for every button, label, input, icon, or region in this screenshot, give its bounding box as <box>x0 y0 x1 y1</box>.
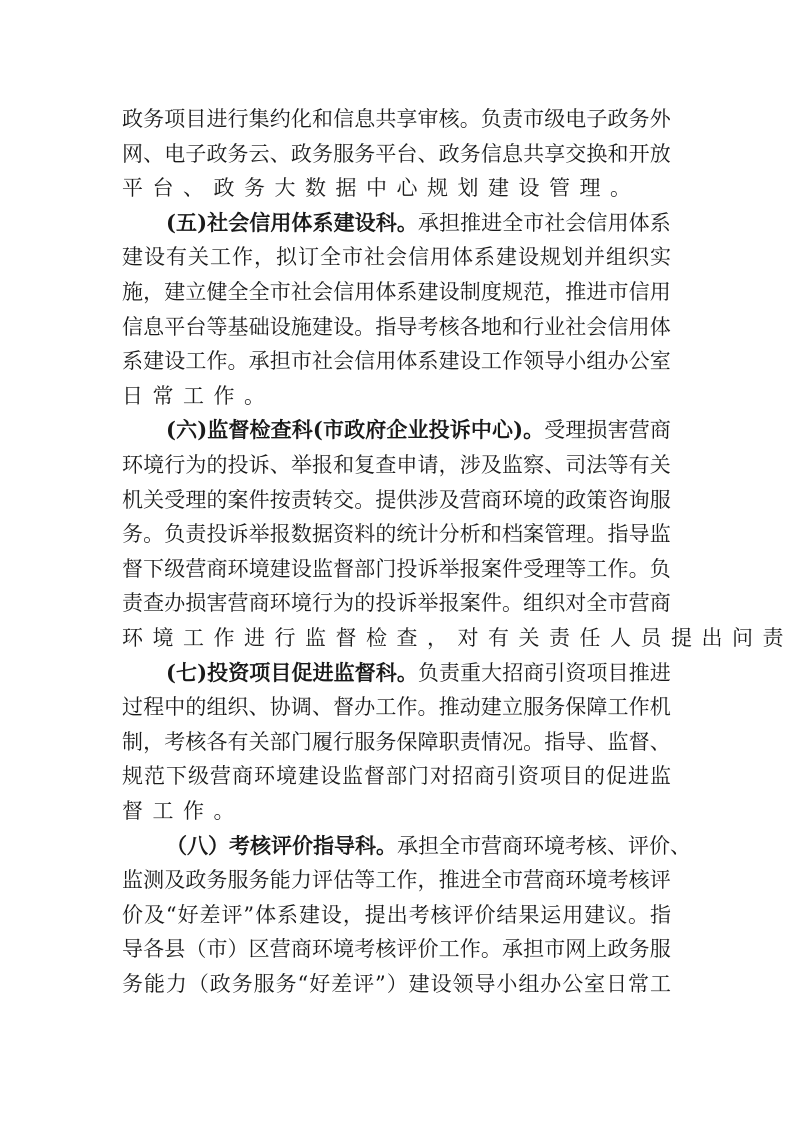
text-char: 督 <box>336 621 357 655</box>
text-char: 举 <box>249 517 270 551</box>
text-char: 案 <box>228 483 249 517</box>
text-char: 。 <box>586 517 607 551</box>
heading-char: 目 <box>270 656 291 690</box>
text-char: 下 <box>143 552 164 586</box>
text-char: 报 <box>312 448 333 482</box>
text-char: 、 <box>183 171 204 205</box>
text-char: 息 <box>143 310 164 344</box>
text-char: 导 <box>122 932 143 966</box>
text-char: 差 <box>200 898 221 932</box>
text-char: 案 <box>481 552 502 586</box>
text-char: 提 <box>365 898 386 932</box>
text-char: 对 <box>430 759 451 793</box>
text-char: 理 <box>565 413 586 447</box>
heading-char: 科 <box>355 829 376 863</box>
text-char: 台 <box>396 137 417 171</box>
text-char: 用 <box>562 898 583 932</box>
text-char: 评 <box>221 898 242 932</box>
text-char: 并 <box>584 240 605 274</box>
text-char: 进 <box>628 759 649 793</box>
text-char: 监 <box>342 759 363 793</box>
text-char: 案 <box>523 517 544 551</box>
text-char: 诉 <box>228 517 249 551</box>
text-char: 、 <box>270 137 291 171</box>
text-char: 商 <box>291 932 312 966</box>
heading-char: 中 <box>471 413 492 447</box>
text-char: 营 <box>481 829 502 863</box>
text-char: 工 <box>183 379 204 413</box>
text-char: 察 <box>523 448 544 482</box>
text-char: 查 <box>375 448 396 482</box>
heading-char: 监 <box>334 656 355 690</box>
text-char: 集 <box>249 102 270 136</box>
text-char: 用 <box>629 310 650 344</box>
text-char: 管 <box>544 517 565 551</box>
text-char: 放 <box>650 137 671 171</box>
text-char: 建 <box>298 759 319 793</box>
text-char: 上 <box>586 932 607 966</box>
heading-char: 八 <box>187 829 208 863</box>
text-char: 复 <box>354 448 375 482</box>
text-char: 、 <box>270 448 291 482</box>
text-char: 项 <box>540 759 561 793</box>
heading-char: 政 <box>344 413 365 447</box>
heading-char: 促 <box>291 656 312 690</box>
text-char: 区 <box>249 932 270 966</box>
text-char: 投 <box>206 517 227 551</box>
text-char: 体 <box>375 275 396 309</box>
text-char: 室 <box>650 344 671 378</box>
text-char: 会 <box>565 206 586 240</box>
text-char: 全 <box>228 275 249 309</box>
text-char: 电 <box>164 137 185 171</box>
text-char: 督 <box>122 794 143 828</box>
text-char: 小 <box>565 344 586 378</box>
text-char: 请 <box>418 448 439 482</box>
text-char: 信 <box>333 275 354 309</box>
text-char: 设 <box>320 759 341 793</box>
text-char: 建 <box>418 275 439 309</box>
text-char: 招 <box>502 656 523 690</box>
text-char: 。 <box>629 552 650 586</box>
text-char: 社 <box>312 344 333 378</box>
text-char: 商 <box>481 483 502 517</box>
text-char: 申 <box>396 448 417 482</box>
text-char: 商 <box>544 863 565 897</box>
text-char: 商 <box>249 586 270 620</box>
heading-char: 社 <box>207 206 228 240</box>
heading-char: 科 <box>292 413 313 447</box>
text-char: 工 <box>185 344 206 378</box>
text-char: 督 <box>333 690 354 724</box>
text-char: 、 <box>670 829 691 863</box>
text-char: 出 <box>702 621 723 655</box>
text-char: 作 <box>206 344 227 378</box>
text-char: 日 <box>606 967 627 1001</box>
heading-char: 监 <box>207 413 228 447</box>
heading-char: 。 <box>397 656 418 690</box>
text-char: 政 <box>565 483 586 517</box>
text-char: 项 <box>587 656 608 690</box>
text-char: 为 <box>333 586 354 620</box>
text-char: 设 <box>518 240 539 274</box>
text-char: 大 <box>275 171 296 205</box>
text-char: 大 <box>481 656 502 690</box>
heading-char: 设 <box>355 206 376 240</box>
text-char: 果 <box>518 898 539 932</box>
text-char: 组 <box>606 240 627 274</box>
heading-char: ( <box>313 413 323 447</box>
text-char: ） <box>228 932 249 966</box>
text-char: 。 <box>460 102 481 136</box>
text-char: 务 <box>375 725 396 759</box>
text-char: 务 <box>206 863 227 897</box>
text-char: 。 <box>502 586 523 620</box>
text-char: 评 <box>396 932 417 966</box>
text-char: 市 <box>270 275 291 309</box>
text-char: 重 <box>460 656 481 690</box>
text-char: 制 <box>460 275 481 309</box>
text-char: 况 <box>502 725 523 759</box>
heading-char: 七 <box>176 656 197 690</box>
text-char: 市 <box>523 206 544 240</box>
text-char: 级 <box>544 102 565 136</box>
text-char: 子 <box>586 102 607 136</box>
text-char: 范 <box>523 275 544 309</box>
text-char: 设 <box>460 344 481 378</box>
text-char: 件 <box>502 552 523 586</box>
text-line: 务能力（政务服务“好差评”）建设领导小组办公室日常工 <box>122 967 671 1001</box>
text-char: 制 <box>122 725 143 759</box>
text-char: ” <box>375 967 386 1001</box>
text-char: 平 <box>122 171 143 205</box>
heading-char: 信 <box>249 206 270 240</box>
text-char: 举 <box>418 586 439 620</box>
text-char: 系 <box>396 275 417 309</box>
text-char: 县 <box>164 932 185 966</box>
text-char: 责 <box>502 102 523 136</box>
text-char: 监 <box>608 725 629 759</box>
text-char: 市 <box>608 275 629 309</box>
text-char: 用 <box>430 240 451 274</box>
text-char: 公 <box>629 344 650 378</box>
heading-char: ) <box>197 206 207 240</box>
text-char: 进 <box>586 275 607 309</box>
text-char: 举 <box>291 448 312 482</box>
text-char: 、 <box>586 725 607 759</box>
text-char: 承 <box>418 206 439 240</box>
text-char: 监 <box>650 517 671 551</box>
text-char: 基 <box>228 310 249 344</box>
text-char: 关 <box>188 240 209 274</box>
text-char: 门 <box>375 552 396 586</box>
text-char: 的 <box>206 448 227 482</box>
text-char: 策 <box>586 483 607 517</box>
text-char: 务 <box>629 932 650 966</box>
text-char: 评 <box>628 829 649 863</box>
text-char: 建 <box>439 344 460 378</box>
text-char: 商 <box>474 759 495 793</box>
text-char: 理 <box>580 171 601 205</box>
text-char: 门 <box>408 759 429 793</box>
text-char: （ <box>185 932 206 966</box>
text-char: 务 <box>122 517 143 551</box>
text-char: 和 <box>312 102 333 136</box>
heading-char: 导 <box>334 829 355 863</box>
text-char: 资 <box>333 517 354 551</box>
text-line: 责查办损害营商环境行为的投诉举报案件。组织对全市营商 <box>122 586 671 620</box>
text-char: 云 <box>249 137 270 171</box>
text-char: 监 <box>122 863 143 897</box>
heading-char: ) <box>197 656 207 690</box>
heading-char: 六 <box>176 413 197 447</box>
text-char: 担 <box>439 206 460 240</box>
text-line: 政务项目进行集约化和信息共享审核。负责市级电子政务外 <box>122 102 671 136</box>
text-char: 责 <box>291 483 312 517</box>
text-char: 台 <box>153 171 174 205</box>
text-char: 考 <box>418 310 439 344</box>
text-char: 会 <box>586 310 607 344</box>
text-char: 管 <box>549 171 570 205</box>
text-char: “ <box>166 898 177 932</box>
text-char: 服 <box>333 137 354 171</box>
text-char: 指 <box>375 310 396 344</box>
text-char: 设 <box>270 310 291 344</box>
text-char: 系 <box>277 898 298 932</box>
text-char: 服 <box>523 690 544 724</box>
text-char: 行 <box>228 102 249 136</box>
text-char: 等 <box>565 552 586 586</box>
text-char: 办 <box>164 586 185 620</box>
text-char: 责 <box>549 621 570 655</box>
heading-char: 科 <box>376 656 397 690</box>
text-char: 日 <box>122 379 143 413</box>
text-char: 信 <box>354 344 375 378</box>
text-char: 担 <box>418 829 439 863</box>
text-char: 核 <box>586 829 607 863</box>
text-char: 建 <box>143 344 164 378</box>
text-char: 用 <box>375 344 396 378</box>
text-char: 、 <box>312 690 333 724</box>
text-char: 营 <box>460 483 481 517</box>
text-char: 信 <box>629 275 650 309</box>
text-char: 能 <box>270 863 291 897</box>
text-char: 体 <box>255 898 276 932</box>
text-char: 。 <box>143 517 164 551</box>
text-char: 责 <box>185 517 206 551</box>
text-char: 促 <box>606 759 627 793</box>
text-char: 设 <box>519 171 540 205</box>
text-char: 全 <box>249 275 270 309</box>
text-char: 织 <box>228 690 249 724</box>
text-char: 组 <box>518 967 539 1001</box>
text-char: 工 <box>210 240 231 274</box>
text-char: 办 <box>608 344 629 378</box>
text-char: 市 <box>460 829 481 863</box>
text-char: 。 <box>523 725 544 759</box>
text-char: 规 <box>540 240 561 274</box>
text-char: 受 <box>164 483 185 517</box>
text-char: 外 <box>650 102 671 136</box>
text-char: 信 <box>333 102 354 136</box>
text-char: 报 <box>270 517 291 551</box>
text-char: 有 <box>629 448 650 482</box>
text-char: 平 <box>164 310 185 344</box>
text-char: ， <box>343 898 364 932</box>
text-char: 情 <box>481 725 502 759</box>
text-char: 投 <box>396 552 417 586</box>
text-char: 责 <box>439 656 460 690</box>
text-char: 负 <box>418 656 439 690</box>
text-char: 计 <box>418 517 439 551</box>
text-char: 保 <box>565 690 586 724</box>
text-char: 度 <box>481 275 502 309</box>
text-char: 全 <box>481 863 502 897</box>
text-char: 设 <box>439 275 460 309</box>
text-char: 务 <box>122 967 143 1001</box>
text-char: 议 <box>606 898 627 932</box>
text-char: 提 <box>671 621 692 655</box>
text-char: 举 <box>439 552 460 586</box>
text-char: 件 <box>249 483 270 517</box>
text-char: 境 <box>586 863 607 897</box>
text-char: 会 <box>386 240 407 274</box>
text-line: 务。负责投诉举报数据资料的统计分析和档案管理。指导监 <box>122 517 671 551</box>
text-char: 建 <box>481 690 502 724</box>
text-char: 关 <box>650 448 671 482</box>
text-char: 能 <box>144 967 165 1001</box>
text-char: 督 <box>333 552 354 586</box>
text-char: 工 <box>183 621 204 655</box>
text-char: 会 <box>333 344 354 378</box>
text-char: 目 <box>562 759 583 793</box>
text-char: 诉 <box>418 552 439 586</box>
text-char: 环 <box>122 621 143 655</box>
text-char: 网 <box>565 932 586 966</box>
heading-char: 进 <box>313 656 334 690</box>
text-char: 引 <box>544 656 565 690</box>
text-char: （ <box>188 967 209 1001</box>
text-char: 服 <box>650 483 671 517</box>
text-char: 营 <box>228 586 249 620</box>
text-char: 资 <box>565 656 586 690</box>
text-char: 务 <box>249 863 270 897</box>
text-char: 进 <box>650 656 671 690</box>
section-heading-line: (七)投资项目促进监督科。负责重大招商引资项目推进 <box>166 656 671 690</box>
text-char: 作 <box>396 863 417 897</box>
text-char: 指 <box>608 517 629 551</box>
text-char: 理 <box>185 483 206 517</box>
text-char: 台 <box>185 310 206 344</box>
text-char: 资 <box>518 759 539 793</box>
text-char: 环 <box>523 829 544 863</box>
text-char: 信 <box>587 206 608 240</box>
text-char: 目 <box>185 102 206 136</box>
text-char: 务 <box>354 137 375 171</box>
text-line: 环境行为的投诉、举报和复查申请，涉及监察、司法等有关 <box>122 448 671 482</box>
text-char: 、 <box>418 137 439 171</box>
text-char: 级 <box>188 759 209 793</box>
text-char: 等 <box>354 863 375 897</box>
text-char: 进 <box>481 206 502 240</box>
text-char: 为 <box>185 448 206 482</box>
text-char: 评 <box>312 863 333 897</box>
text-char: 作 <box>232 240 253 274</box>
text-char: 心 <box>397 171 418 205</box>
text-char: 人 <box>610 621 631 655</box>
text-char: 化 <box>291 102 312 136</box>
text-char: 害 <box>608 413 629 447</box>
text-char: 考 <box>565 829 586 863</box>
text-char: 。 <box>418 690 439 724</box>
text-char: 范 <box>144 759 165 793</box>
text-char: 施 <box>291 310 312 344</box>
text-char: 、 <box>249 690 270 724</box>
text-char: 划 <box>458 171 479 205</box>
text-char: 供 <box>396 483 417 517</box>
text-line: 日常工作。 <box>122 379 671 413</box>
text-char: 推 <box>629 656 650 690</box>
text-char: 作 <box>183 794 204 828</box>
text-char: 建 <box>409 967 430 1001</box>
heading-char: 指 <box>313 829 334 863</box>
text-line: 网、电子政务云、政务服务平台、政务信息共享交换和开放 <box>122 137 671 171</box>
text-char: 体 <box>452 240 473 274</box>
text-char: 子 <box>185 137 206 171</box>
text-char: 。 <box>244 379 265 413</box>
heading-char: 。 <box>376 829 397 863</box>
heading-char: 查 <box>271 413 292 447</box>
text-char: 。 <box>610 171 631 205</box>
text-char: 和 <box>481 517 502 551</box>
text-char: 据 <box>336 171 357 205</box>
text-char: 部 <box>354 552 375 586</box>
text-char: 全 <box>320 240 341 274</box>
text-line: 信息平台等基础设施建设。指导考核各地和行业社会信用体 <box>122 310 671 344</box>
heading-char: 项 <box>249 656 270 690</box>
text-char: 息 <box>502 137 523 171</box>
text-line: 制，考核各有关部门履行服务保障职责情况。指导、监督、 <box>122 725 671 759</box>
text-char: 进 <box>206 102 227 136</box>
text-char: 按 <box>270 483 291 517</box>
text-char: 信 <box>608 310 629 344</box>
text-char: 工 <box>153 794 174 828</box>
text-char: 作 <box>214 379 235 413</box>
text-char: 共 <box>375 102 396 136</box>
text-char: 换 <box>586 137 607 171</box>
text-char: 受 <box>544 413 565 447</box>
text-char: ） <box>387 967 408 1001</box>
text-char: 。 <box>628 898 649 932</box>
text-char: 和 <box>502 310 523 344</box>
text-char: 工 <box>375 863 396 897</box>
text-char: 全 <box>586 586 607 620</box>
text-char: 统 <box>396 517 417 551</box>
text-char: 和 <box>608 137 629 171</box>
heading-char: 心 <box>492 413 513 447</box>
text-char: 指 <box>650 898 671 932</box>
text-char: 约 <box>270 102 291 136</box>
text-char: 涉 <box>460 448 481 482</box>
text-char: 信 <box>408 240 429 274</box>
text-char: 推 <box>439 863 460 897</box>
text-char: 营 <box>523 863 544 897</box>
text-line: 监测及政务服务能力评估等工作，推进全市营商环境考核评 <box>122 863 671 897</box>
text-char: 设 <box>291 552 312 586</box>
text-char: 信 <box>122 310 143 344</box>
text-char: ， <box>143 725 164 759</box>
text-char: 信 <box>481 137 502 171</box>
